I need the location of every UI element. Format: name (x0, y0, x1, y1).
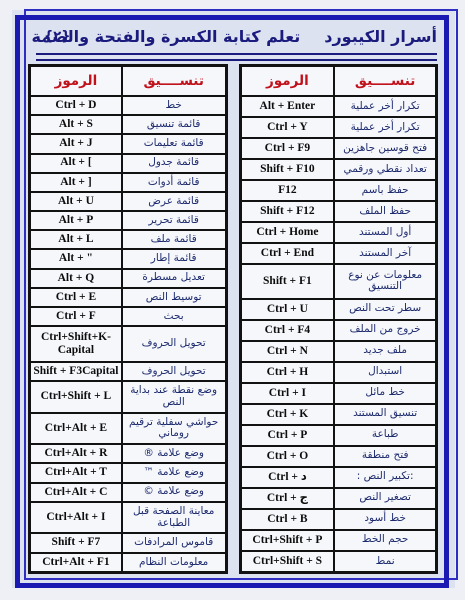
shortcut-description: تكرار أخر عملية (334, 96, 436, 117)
shortcut-description: تعديل مسطرة (122, 269, 226, 288)
shortcut-description: حواشي سفلية ترقيم روماني (122, 413, 226, 445)
table-row: Ctrl+Alt + Cوضع علامة © (30, 483, 227, 502)
table-row: Ctrl+Alt + Tوضع علامة ™ (30, 463, 227, 482)
shortcut-description: قائمة ملف (122, 230, 226, 249)
table-row: Alt + Pقائمة تحرير (30, 211, 227, 230)
shortcut-description: قائمة إطار (122, 249, 226, 268)
column-header-keys: الرموز (30, 66, 122, 97)
table-row: Ctrl + Yتكرار أخر عملية (240, 117, 437, 138)
table-row: Ctrl+Shift + Sنمط (240, 551, 437, 573)
table-row: Ctrl + Eتوسيط النص (30, 288, 227, 307)
table-row: Ctrl + Pطباعة (240, 425, 437, 446)
shortcut-key: Alt + P (30, 211, 122, 230)
shortcut-key: Alt + S (30, 115, 122, 134)
shortcut-key: Ctrl + Home (240, 222, 334, 243)
shortcut-table-left-wrap: الرموز تنســــيق Ctrl + DخطAlt + Sقائمة … (28, 64, 228, 574)
shortcut-key: Ctrl + F9 (240, 138, 334, 159)
shortcut-key: F12 (240, 180, 334, 201)
shortcut-key: Shift + F3Capital (30, 362, 122, 381)
shortcut-key: Ctrl + د (240, 467, 334, 488)
shortcut-description: فتح قوسين جاهزين (334, 138, 436, 159)
table-header-row: الرموز تنســــيق (30, 66, 227, 97)
shortcut-key: Ctrl + O (240, 446, 334, 467)
header-band: أسرار الكيبورد تعلم كتابة الكسرة والفتحة… (70, 24, 437, 52)
table-row: Ctrl + Oفتح منطقة (240, 446, 437, 467)
shortcut-description: تنسيق المستند (334, 404, 436, 425)
shortcut-key: Ctrl + ج (240, 488, 334, 509)
shortcut-key: Alt + ] (30, 173, 122, 192)
shortcut-key: Ctrl + E (30, 288, 122, 307)
shortcut-key: Shift + F7 (30, 533, 122, 552)
shortcut-description: تكرار أخر عملية (334, 117, 436, 138)
shortcut-description: معاينة الصفحة قبل الطباعة (122, 502, 226, 534)
shortcut-description: ملف جديد (334, 341, 436, 362)
shortcut-description: تصغير النص (334, 488, 436, 509)
table-row: Alt + ]قائمة أدوات (30, 173, 227, 192)
shortcut-description: أول المستند (334, 222, 436, 243)
column-header-format: تنســــيق (122, 66, 226, 97)
page-number: {٢} (44, 29, 70, 44)
table-row: Ctrl+Shift + Pحجم الخط (240, 530, 437, 551)
shortcut-description: وضع نقطة عند بداية النص (122, 381, 226, 413)
table-row: Shift + F3Capitalتحويل الحروف (30, 362, 227, 381)
table-row: Shift + F12حفظ الملف (240, 201, 437, 222)
table-row: Ctrl + د:تكبير النص : (240, 467, 437, 488)
shortcut-key: Alt + Q (30, 269, 122, 288)
shortcut-description: خط أسود (334, 509, 436, 530)
table-row: Shift + F7قاموس المرادفات (30, 533, 227, 552)
table-row: Shift + F1معلومات عن نوع التنسيق (240, 264, 437, 299)
tables-area: الرموز تنســــيق Ctrl + DخطAlt + Sقائمة … (28, 64, 438, 574)
table-row: Ctrl + Dخط (30, 96, 227, 115)
shortcut-key: Shift + F10 (240, 159, 334, 180)
shortcut-key: Ctrl + End (240, 243, 334, 264)
table-row: Alt + Jقائمة تعليمات (30, 134, 227, 153)
shortcut-description: تعداد نقطي ورقمي (334, 159, 436, 180)
shortcut-description: تحويل الحروف (122, 326, 226, 362)
table-row: Ctrl+Alt + Eحواشي سفلية ترقيم روماني (30, 413, 227, 445)
table-row: Alt + [قائمة جدول (30, 154, 227, 173)
table-row: Ctrl + Fبحث (30, 307, 227, 326)
shortcut-description: قائمة تعليمات (122, 134, 226, 153)
header-divider (36, 53, 437, 61)
shortcut-description: قائمة تنسيق (122, 115, 226, 134)
shortcut-description: حفظ باسم (334, 180, 436, 201)
shortcut-key: Shift + F1 (240, 264, 334, 299)
shortcut-key: Ctrl + Y (240, 117, 334, 138)
shortcut-description: معلومات عن نوع التنسيق (334, 264, 436, 299)
shortcut-key: Alt + Enter (240, 96, 334, 117)
shortcut-key: Ctrl + U (240, 299, 334, 320)
page-title: أسرار الكيبورد تعلم كتابة الكسرة والفتحة… (31, 27, 437, 46)
shortcut-key: Ctrl+Alt + E (30, 413, 122, 445)
shortcut-key: Ctrl+Shift + S (240, 551, 334, 573)
shortcut-description: آخر المستند (334, 243, 436, 264)
shortcut-description: قائمة جدول (122, 154, 226, 173)
table-row: Shift + F10تعداد نقطي ورقمي (240, 159, 437, 180)
shortcut-key: Alt + L (30, 230, 122, 249)
shortcut-description: قائمة عرض (122, 192, 226, 211)
shortcut-description: خط مائل (334, 383, 436, 404)
shortcut-description: وضع علامة ® (122, 444, 226, 463)
table-row: Ctrl+Shift+K-Capitalتحويل الحروف (30, 326, 227, 362)
table-row: Ctrl + F9فتح قوسين جاهزين (240, 138, 437, 159)
table-row: Ctrl+Alt + F1معلومات النظام (30, 553, 227, 573)
table-row: Ctrl + Homeأول المستند (240, 222, 437, 243)
shortcut-description: خط (122, 96, 226, 115)
table-row: Ctrl + Kتنسيق المستند (240, 404, 437, 425)
shortcut-key: Alt + J (30, 134, 122, 153)
table-row: Alt + "قائمة إطار (30, 249, 227, 268)
table-body: Ctrl + DخطAlt + Sقائمة تنسيقAlt + Jقائمة… (30, 96, 227, 573)
shortcut-key: Shift + F12 (240, 201, 334, 222)
table-row: Ctrl + F4خروج من الملف (240, 320, 437, 341)
shortcut-description: قائمة تحرير (122, 211, 226, 230)
table-body: Alt + Enterتكرار أخر عمليةCtrl + Yتكرار … (240, 96, 437, 573)
shortcut-key: Ctrl+Shift + L (30, 381, 122, 413)
shortcut-description: وضع علامة ™ (122, 463, 226, 482)
shortcut-description: خروج من الملف (334, 320, 436, 341)
table-row: Ctrl + Iخط مائل (240, 383, 437, 404)
shortcut-description: قاموس المرادفات (122, 533, 226, 552)
shortcut-description: سطر تحت النص (334, 299, 436, 320)
shortcut-key: Ctrl + F (30, 307, 122, 326)
table-row: Ctrl+Shift + Lوضع نقطة عند بداية النص (30, 381, 227, 413)
table-row: Ctrl + Bخط أسود (240, 509, 437, 530)
shortcut-description: :تكبير النص : (334, 467, 436, 488)
shortcut-key: Ctrl+Alt + T (30, 463, 122, 482)
shortcut-description: استبدال (334, 362, 436, 383)
shortcut-key: Alt + U (30, 192, 122, 211)
shortcut-description: فتح منطقة (334, 446, 436, 467)
scanned-document-page: أسرار الكيبورد تعلم كتابة الكسرة والفتحة… (0, 0, 465, 600)
shortcut-key: Ctrl+Shift + P (240, 530, 334, 551)
shortcut-key: Ctrl+Alt + R (30, 444, 122, 463)
shortcut-table-left: الرموز تنســــيق Ctrl + DخطAlt + Sقائمة … (28, 64, 228, 574)
shortcut-description: وضع علامة © (122, 483, 226, 502)
table-row: Ctrl + جتصغير النص (240, 488, 437, 509)
shortcut-key: Ctrl + F4 (240, 320, 334, 341)
shortcut-table-right-wrap: الرموز تنســــيق Alt + Enterتكرار أخر عم… (239, 64, 439, 574)
shortcut-description: بحث (122, 307, 226, 326)
shortcut-description: قائمة أدوات (122, 173, 226, 192)
table-row: Alt + Enterتكرار أخر عملية (240, 96, 437, 117)
shortcut-key: Alt + [ (30, 154, 122, 173)
shortcut-key: Ctrl+Alt + F1 (30, 553, 122, 573)
shortcut-key: Ctrl + K (240, 404, 334, 425)
table-row: Ctrl + Hاستبدال (240, 362, 437, 383)
shortcut-key: Ctrl + B (240, 509, 334, 530)
shortcut-description: معلومات النظام (122, 553, 226, 573)
shortcut-description: نمط (334, 551, 436, 573)
shortcut-key: Ctrl + P (240, 425, 334, 446)
table-header-row: الرموز تنســــيق (240, 66, 437, 97)
shortcut-description: تحويل الحروف (122, 362, 226, 381)
table-row: Ctrl+Alt + Iمعاينة الصفحة قبل الطباعة (30, 502, 227, 534)
column-header-keys: الرموز (240, 66, 334, 97)
shortcut-key: Ctrl+Shift+K-Capital (30, 326, 122, 362)
table-row: Alt + Uقائمة عرض (30, 192, 227, 211)
shortcut-key: Ctrl + N (240, 341, 334, 362)
shortcut-description: حجم الخط (334, 530, 436, 551)
shortcut-key: Alt + " (30, 249, 122, 268)
shortcut-key: Ctrl+Alt + C (30, 483, 122, 502)
table-row: Ctrl+Alt + Rوضع علامة ® (30, 444, 227, 463)
table-row: Ctrl + Uسطر تحت النص (240, 299, 437, 320)
shortcut-description: حفظ الملف (334, 201, 436, 222)
shortcut-description: طباعة (334, 425, 436, 446)
table-row: F12حفظ باسم (240, 180, 437, 201)
shortcut-key: Ctrl+Alt + I (30, 502, 122, 534)
column-header-format: تنســــيق (334, 66, 436, 97)
shortcut-key: Ctrl + H (240, 362, 334, 383)
table-row: Ctrl + Endآخر المستند (240, 243, 437, 264)
table-row: Ctrl + Nملف جديد (240, 341, 437, 362)
shortcut-description: توسيط النص (122, 288, 226, 307)
shortcut-table-right: الرموز تنســــيق Alt + Enterتكرار أخر عم… (239, 64, 439, 574)
table-row: Alt + Qتعديل مسطرة (30, 269, 227, 288)
table-row: Alt + Sقائمة تنسيق (30, 115, 227, 134)
shortcut-key: Ctrl + I (240, 383, 334, 404)
shortcut-key: Ctrl + D (30, 96, 122, 115)
table-row: Alt + Lقائمة ملف (30, 230, 227, 249)
